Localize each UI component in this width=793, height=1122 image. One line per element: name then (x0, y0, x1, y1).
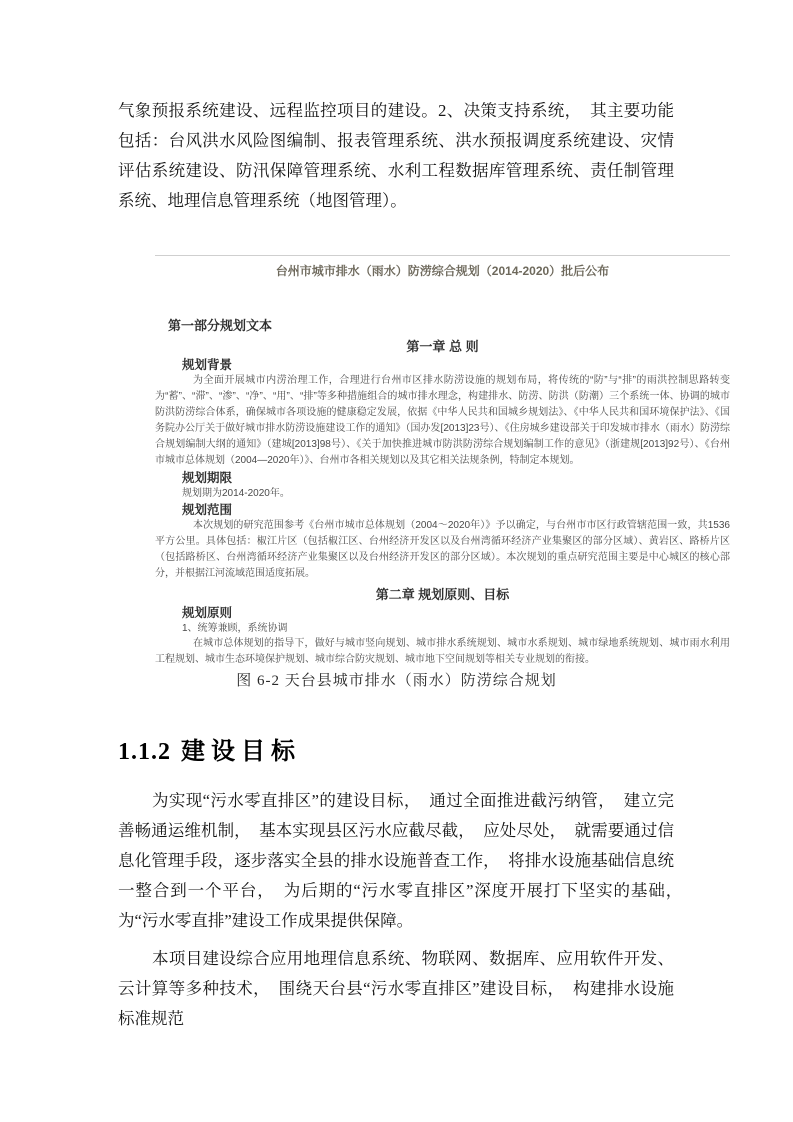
body-text-block: 为实现“污水零直排区”的建设目标， 通过全面推进截污纳管， 建立完善畅通运维机制… (118, 786, 674, 1034)
figure-planning-period-heading: 规划期限 (155, 471, 730, 486)
section-heading-title: 建设目标 (181, 739, 301, 765)
figure-chapter2-heading: 第二章 规划原则、目标 (155, 585, 730, 604)
document-page: { "intro_paragraph": "气象预报系统建设、远程监控项目的建设… (0, 0, 793, 1122)
section-heading-number: 1.1.2 (118, 739, 171, 765)
intro-paragraph: 气象预报系统建设、远程监控项目的建设。2、决策支持系统， 其主要功能包括：台风洪… (118, 96, 674, 216)
figure-part-heading: 第一部分规划文本 (155, 316, 730, 335)
body-paragraph-2: 本项目建设综合应用地理信息系统、物联网、数据库、应用软件开发、云计算等多种技术，… (118, 944, 674, 1034)
figure-principles-body: 在城市总体规划的指导下，做好与城市竖向规划、城市排水系统规划、城市水系规划、城市… (155, 636, 730, 668)
section-heading: 1.1.2建设目标 (118, 737, 301, 767)
figure-title: 台州市城市排水（雨水）防涝综合规划（2014-2020）批后公布 (155, 256, 730, 280)
figure-principles-item: 1、统筹兼顾，系统协调 (155, 621, 730, 636)
embedded-figure: 台州市城市排水（雨水）防涝综合规划（2014-2020）批后公布 第一部分规划文… (155, 255, 730, 668)
body-paragraph-1: 为实现“污水零直排区”的建设目标， 通过全面推进截污纳管， 建立完善畅通运维机制… (118, 786, 674, 936)
figure-planning-period-body: 规划期为2014-2020年。 (155, 486, 730, 501)
figure-planning-scope-heading: 规划范围 (155, 503, 730, 518)
figure-planning-background-body: 为全面开展城市内涝治理工作，合理进行台州市区排水防涝设施的规划布局，将传统的“防… (155, 373, 730, 469)
figure-planning-scope-body: 本次规划的研究范围参考《台州市城市总体规划（2004～2020年）》予以确定，与… (155, 518, 730, 582)
figure-planning-background-heading: 规划背景 (155, 358, 730, 373)
figure-caption: 图 6-2 天台县城市排水（雨水）防涝综合规划 (0, 671, 793, 691)
figure-chapter1-heading: 第一章 总 则 (155, 337, 730, 356)
figure-planning-principles-heading: 规划原则 (155, 606, 730, 621)
intro-text-block: 气象预报系统建设、远程监控项目的建设。2、决策支持系统， 其主要功能包括：台风洪… (118, 96, 674, 216)
